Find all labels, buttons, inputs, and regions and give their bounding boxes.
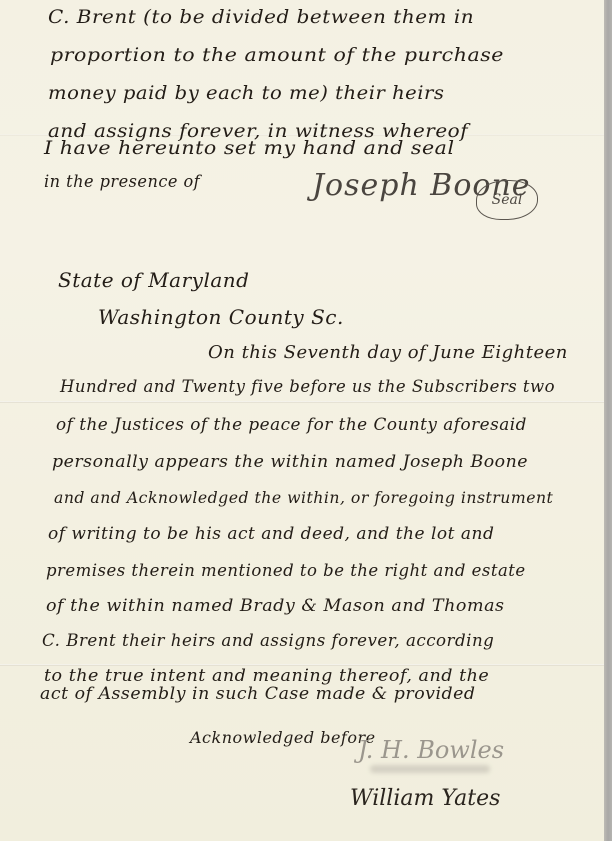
deed-line-2: proportion to the amount of the purchase <box>50 44 504 66</box>
ack-line-1: On this Seventh day of June Eighteen <box>208 342 568 363</box>
deed-line-6: in the presence of <box>44 172 200 192</box>
ack-line-2: Hundred and Twenty five before us the Su… <box>60 377 555 397</box>
heading-county: Washington County Sc. <box>98 305 344 329</box>
ink-smudge <box>370 765 490 773</box>
ack-line-7: premises therein mentioned to be the rig… <box>46 561 526 581</box>
ack-closing: Acknowledged before <box>190 728 376 747</box>
deed-line-5-visible: I have hereunto set my hand and seal <box>44 137 455 159</box>
ack-line-5: and and Acknowledged the within, or fore… <box>54 488 553 507</box>
deed-line-1: C. Brent (to be divided between them in <box>48 6 474 28</box>
ack-line-6: of writing to be his act and deed, and t… <box>48 524 494 544</box>
ack-line-8: of the within named Brady & Mason and Th… <box>46 596 505 616</box>
ack-line-11-visible: act of Assembly in such Case made & prov… <box>40 684 476 704</box>
signature-jh-bowles: J. H. Bowles <box>358 736 504 764</box>
paper-fold-line <box>0 401 604 403</box>
signature-william-yates: William Yates <box>350 786 500 811</box>
ack-line-4: personally appears the within named Jose… <box>52 452 528 472</box>
document-page: C. Brent (to be divided between them in … <box>0 0 604 841</box>
ack-line-3: of the Justices of the peace for the Cou… <box>56 415 527 435</box>
seal-label: Seal <box>492 192 523 208</box>
heading-state: State of Maryland <box>58 268 249 292</box>
scan-edge-border <box>604 0 612 841</box>
seal-mark: Seal <box>476 180 538 220</box>
ack-line-10: to the true intent and meaning thereof, … <box>44 666 489 686</box>
deed-line-3: money paid by each to me) their heirs <box>48 82 444 104</box>
ack-line-9: C. Brent their heirs and assigns forever… <box>42 631 494 651</box>
